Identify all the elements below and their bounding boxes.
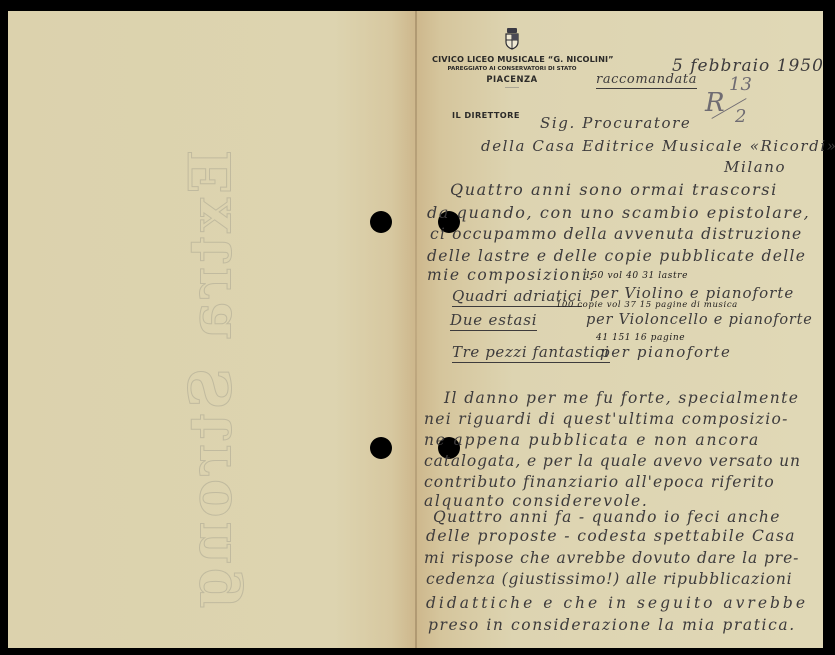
- institution-city: PIACENZA: [432, 74, 592, 84]
- body-line: ne appena pubblicata e non ancora: [424, 431, 760, 449]
- body-line: da quando, con uno scambio epistolare,: [427, 203, 810, 222]
- body-line: delle proposte - codesta spettabile Casa: [426, 527, 796, 545]
- composition-title: Tre pezzi fantastici: [452, 343, 610, 363]
- body-line: Il danno per me fu forte, specialmente: [444, 389, 799, 407]
- recipient-line-2: della Casa Editrice Musicale «Ricordi»: [481, 137, 835, 155]
- body-line: didattiche e che in seguito avrebbe: [426, 594, 808, 612]
- recipient-line-1: Sig. Procuratore: [540, 114, 691, 132]
- composition-note: 41 151 16 pagine: [596, 333, 685, 343]
- institution-subtitle: PAREGGIATO AI CONSERVATORI DI STATO: [432, 66, 592, 72]
- letterhead-role: IL DIRETTORE: [452, 110, 520, 120]
- body-line: mie composizioni:: [427, 266, 595, 284]
- institution-name: CIVICO LICEO MUSICALE “G. NICOLINI”: [432, 54, 592, 64]
- composition-note: 100 copie vol 37 15 pagine di musica: [556, 300, 738, 310]
- body-line: Quattro anni sono ormai trascorsi: [450, 180, 778, 199]
- body-line: ci occupammo della avvenuta distruzione: [430, 225, 802, 243]
- body-line: contributo finanziario all'epoca riferit…: [424, 473, 775, 491]
- punch-hole: [370, 437, 392, 459]
- body-line: preso in considerazione la mia pratica.: [428, 616, 796, 634]
- divider: [505, 87, 519, 88]
- composition-instrumentation: per pianoforte: [600, 343, 732, 361]
- watermark: Extra Strong: [150, 151, 270, 611]
- recipient-city: Milano: [724, 158, 786, 176]
- shield-crest-icon: [505, 28, 519, 50]
- letterhead: CIVICO LICEO MUSICALE “G. NICOLINI” PARE…: [432, 28, 592, 88]
- composition-instrumentation: per Violoncello e pianoforte: [586, 312, 813, 328]
- body-line: mi rispose che avrebbe dovuto dare la pr…: [424, 549, 799, 567]
- composition-title: Due estasi: [450, 311, 537, 331]
- punch-hole: [370, 211, 392, 233]
- composition-note: 150 vol 40 31 lastre: [585, 271, 688, 281]
- body-line: delle lastre e delle copie pubblicate de…: [427, 247, 806, 265]
- body-line: catalogata, e per la quale avevo versato…: [424, 452, 801, 470]
- body-line: cedenza (giustissimo!) alle ripubblicazi…: [426, 570, 792, 588]
- page-fold: [415, 11, 417, 648]
- delivery-note: raccomandata: [596, 72, 697, 89]
- body-line: Quattro anni fa - quando io feci anche: [433, 508, 781, 526]
- body-line: nei riguardi di quest'ultima composizio-: [424, 410, 789, 428]
